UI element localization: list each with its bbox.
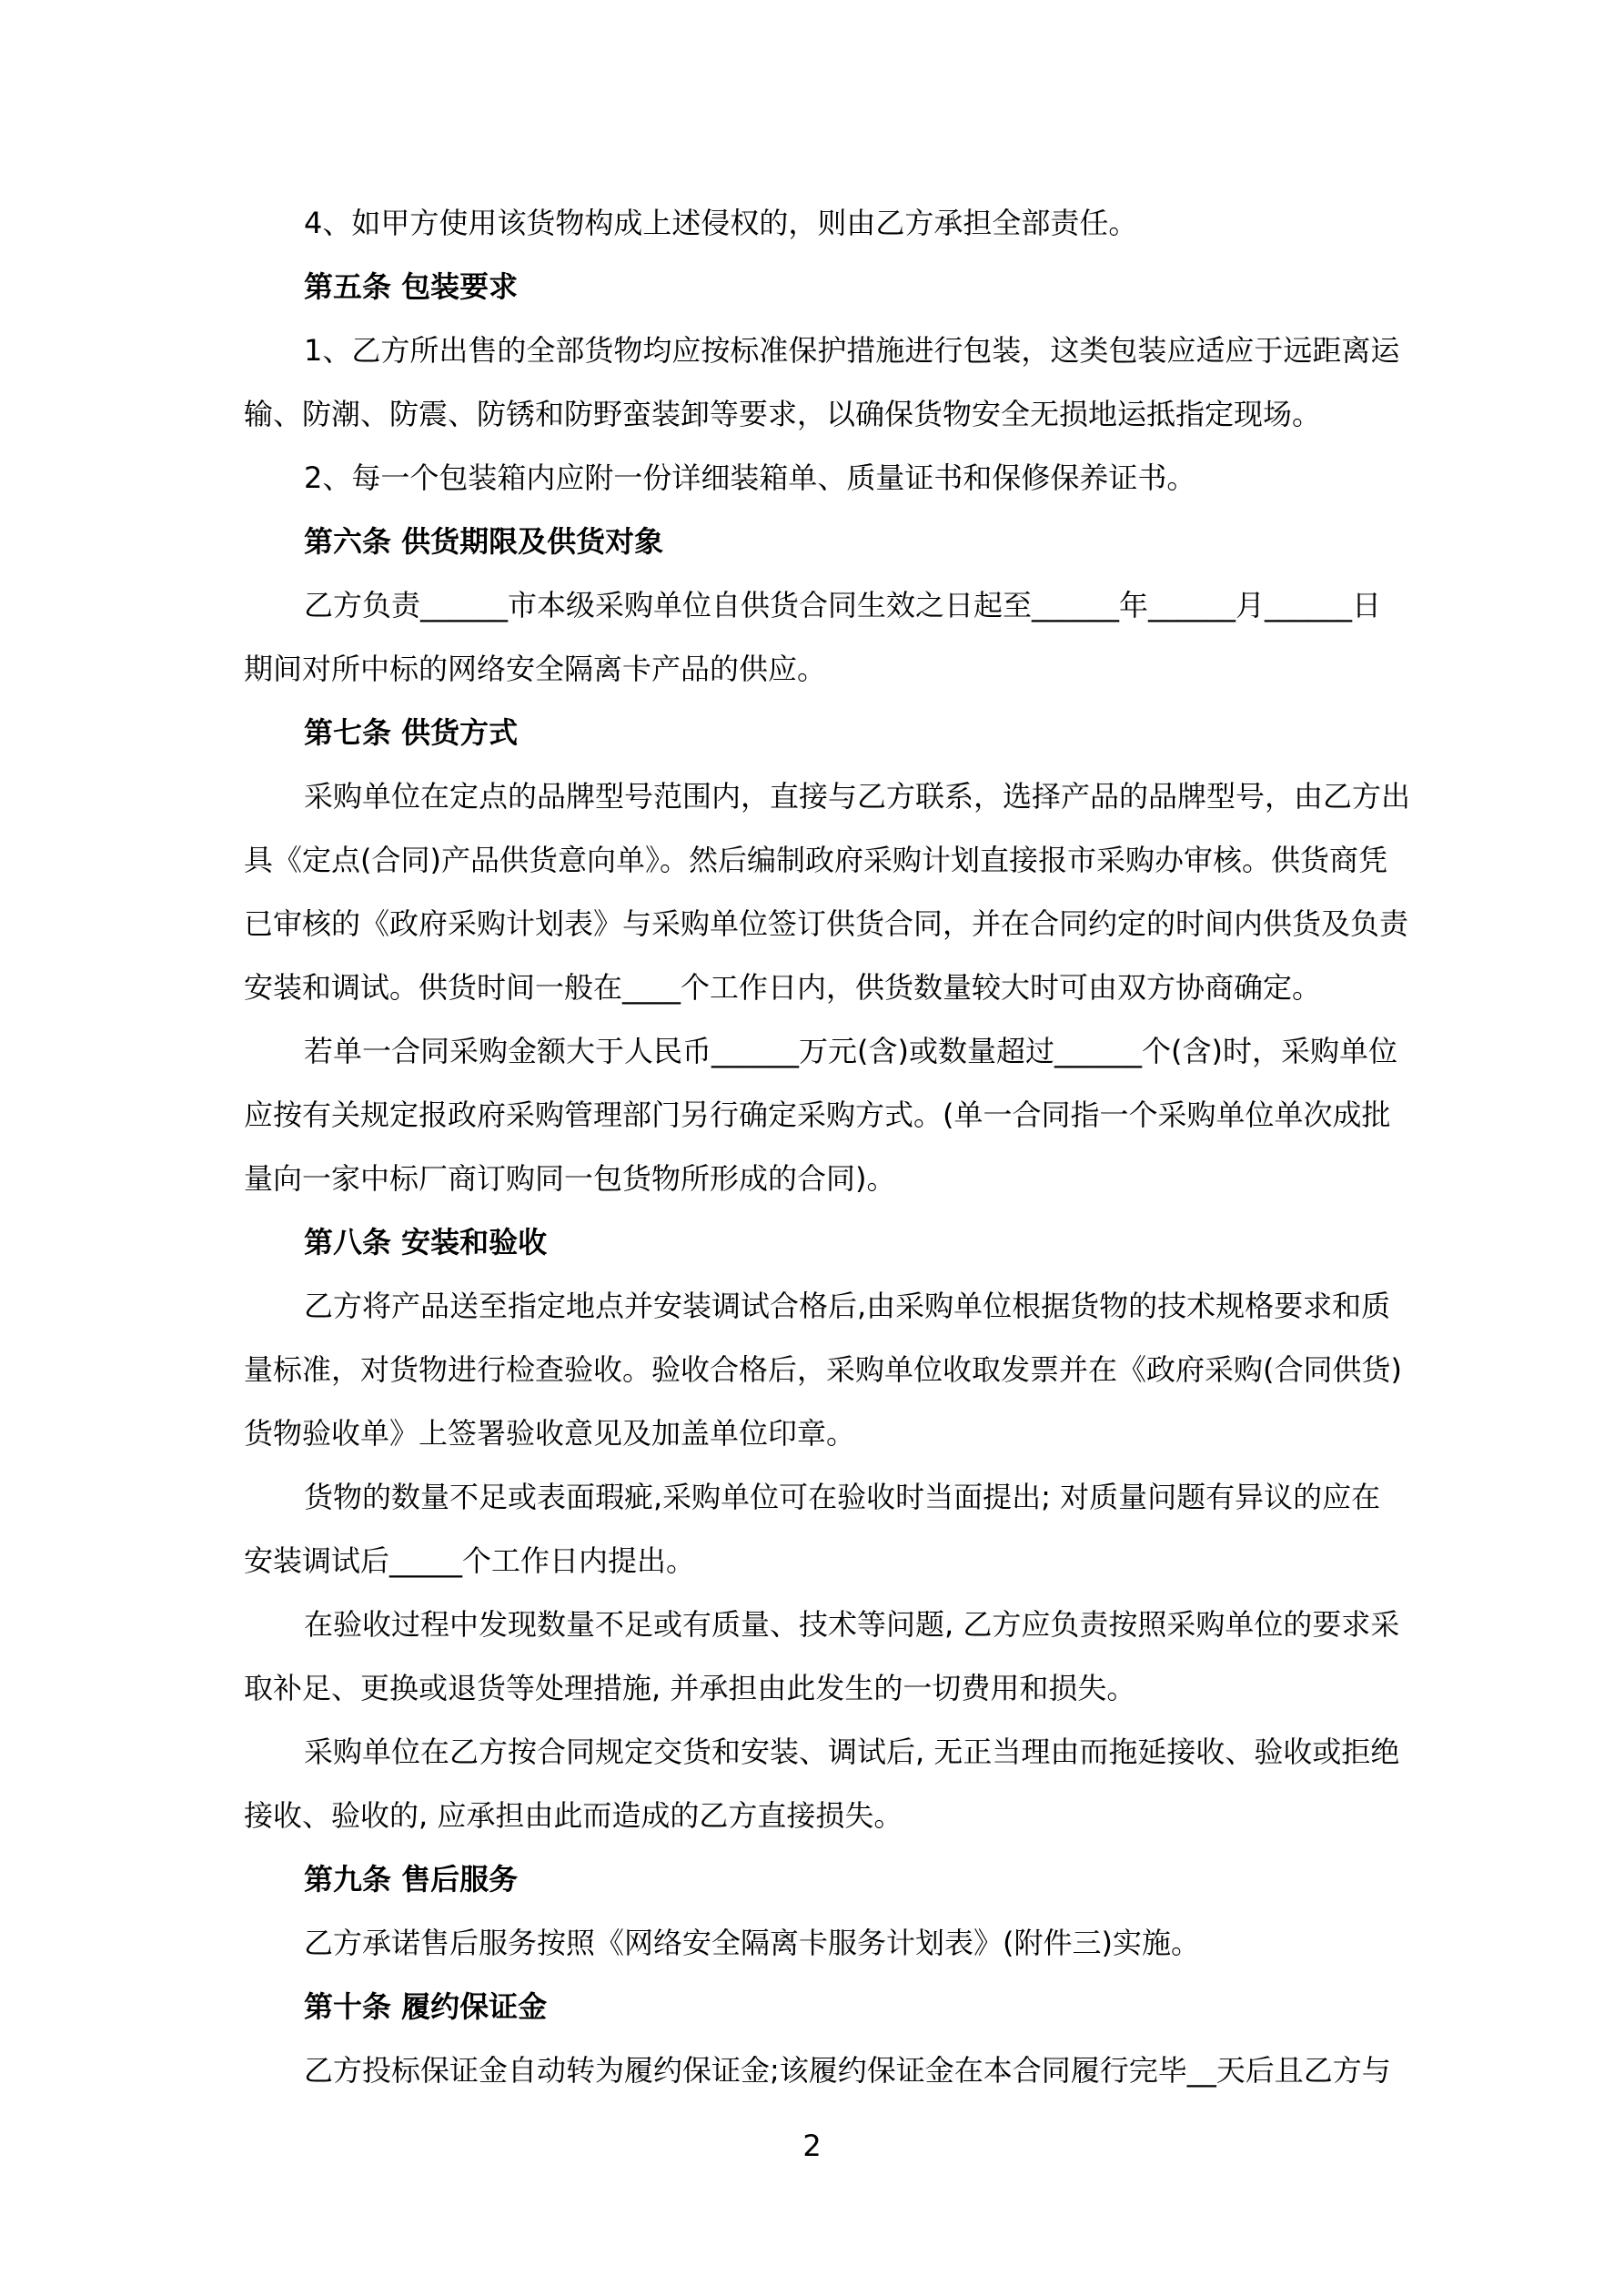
text-line: 4、如甲方使用该货物构成上述侵权的，则由乙方承担全部责任。 — [244, 191, 1408, 255]
text-line: 货物验收单》上签署验收意见及加盖单位印章。 — [244, 1401, 1408, 1465]
text-line: 量向一家中标厂商订购同一包货物所形成的合同)。 — [244, 1147, 1408, 1210]
text-line: 乙方投标保证金自动转为履约保证金;该履约保证金在本合同履行完毕__天后且乙方与 — [244, 2038, 1408, 2102]
text-line: 在验收过程中发现数量不足或有质量、技术等问题, 乙方应负责按照采购单位的要求采 — [244, 1593, 1408, 1656]
text-line: 输、防潮、防震、防锈和防野蛮装卸等要求，以确保货物安全无损地运抵指定现场。 — [244, 382, 1408, 446]
text-line: 乙方将产品送至指定地点并安装调试合格后,由采购单位根据货物的技术规格要求和质 — [244, 1274, 1408, 1338]
text-line: 采购单位在乙方按合同规定交货和安装、调试后, 无正当理由而拖延接收、验收或拒绝 — [244, 1720, 1408, 1784]
section-heading: 第十条 履约保证金 — [244, 1975, 1408, 2038]
text-line: 若单一合同采购金额大于人民币______万元(含)或数量超过______个(含)… — [244, 1019, 1408, 1083]
document-page: 4、如甲方使用该货物构成上述侵权的，则由乙方承担全部责任。第五条 包装要求1、乙… — [0, 0, 1624, 2296]
text-line: 2、每一个包装箱内应附一份详细装箱单、质量证书和保修保养证书。 — [244, 446, 1408, 510]
text-line: 具《定点(合同)产品供货意向单》。然后编制政府采购计划直接报市采购办审核。供货商… — [244, 828, 1408, 892]
document-body: 4、如甲方使用该货物构成上述侵权的，则由乙方承担全部责任。第五条 包装要求1、乙… — [244, 191, 1408, 2102]
text-line: 量标准，对货物进行检查验收。验收合格后，采购单位收取发票并在《政府采购(合同供货… — [244, 1338, 1408, 1401]
page-number: 2 — [0, 2128, 1624, 2164]
text-line: 安装和调试。供货时间一般在____个工作日内，供货数量较大时可由双方协商确定。 — [244, 956, 1408, 1019]
text-line: 接收、验收的, 应承担由此而造成的乙方直接损失。 — [244, 1784, 1408, 1847]
section-heading: 第五条 包装要求 — [244, 255, 1408, 319]
text-line: 乙方承诺售后服务按照《网络安全隔离卡服务计划表》(附件三)实施。 — [244, 1911, 1408, 1975]
text-line: 期间对所中标的网络安全隔离卡产品的供应。 — [244, 637, 1408, 701]
text-line: 安装调试后_____个工作日内提出。 — [244, 1529, 1408, 1593]
text-line: 采购单位在定点的品牌型号范围内，直接与乙方联系，选择产品的品牌型号，由乙方出 — [244, 764, 1408, 828]
text-line: 货物的数量不足或表面瑕疵,采购单位可在验收时当面提出; 对质量问题有异议的应在 — [244, 1465, 1408, 1529]
text-line: 已审核的《政府采购计划表》与采购单位签订供货合同，并在合同约定的时间内供货及负责 — [244, 892, 1408, 956]
text-line: 应按有关规定报政府采购管理部门另行确定采购方式。(单一合同指一个采购单位单次成批 — [244, 1083, 1408, 1147]
text-line: 乙方负责______市本级采购单位自供货合同生效之日起至______年_____… — [244, 573, 1408, 637]
section-heading: 第七条 供货方式 — [244, 701, 1408, 764]
section-heading: 第六条 供货期限及供货对象 — [244, 510, 1408, 573]
section-heading: 第九条 售后服务 — [244, 1847, 1408, 1911]
text-line: 取补足、更换或退货等处理措施, 并承担由此发生的一切费用和损失。 — [244, 1656, 1408, 1720]
text-line: 1、乙方所出售的全部货物均应按标准保护措施进行包装，这类包装应适应于远距离运 — [244, 319, 1408, 382]
section-heading: 第八条 安装和验收 — [244, 1210, 1408, 1274]
